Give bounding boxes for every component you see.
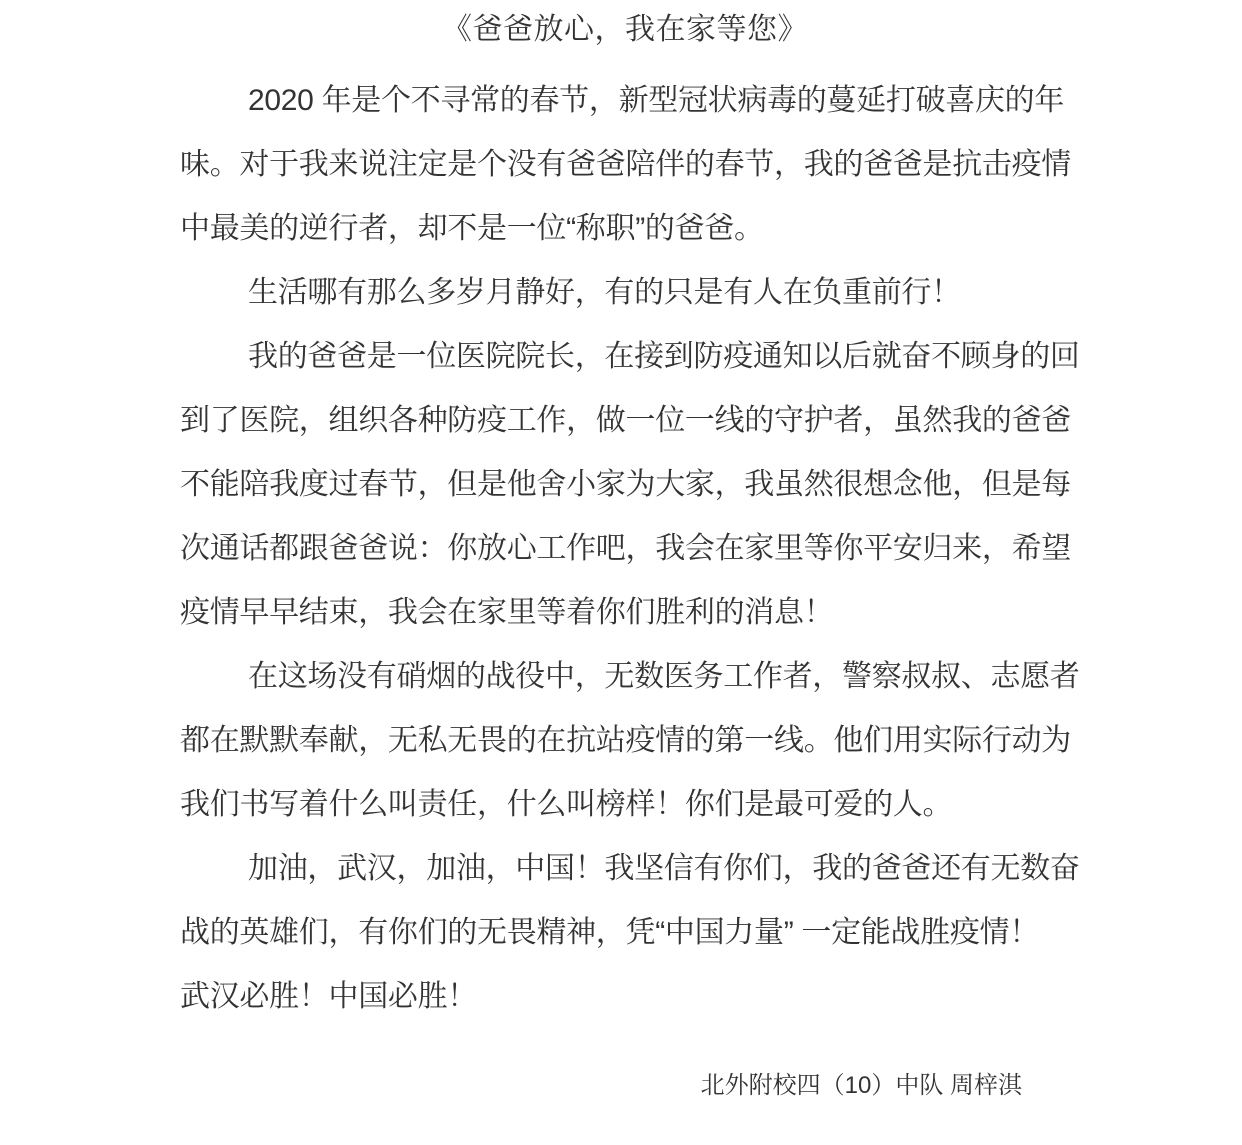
- body-line: 在这场没有硝烟的战役中，无数医务工作者，警察叔叔、志愿者: [180, 645, 1070, 709]
- body-line: 战的英雄们，有你们的无畏精神，凭“中国力量” 一定能战胜疫情！: [180, 901, 1070, 965]
- body-line: 味。对于我来说注定是个没有爸爸陪伴的春节，我的爸爸是抗击疫情: [180, 133, 1070, 197]
- body-line: 疫情早早结束，我会在家里等着你们胜利的消息！: [180, 581, 1070, 645]
- body-line: 到了医院，组织各种防疫工作，做一位一线的守护者，虽然我的爸爸: [180, 389, 1070, 453]
- body-line: 不能陪我度过春节，但是他舍小家为大家，我虽然很想念他，但是每: [180, 453, 1070, 517]
- body-line: 我的爸爸是一位医院院长，在接到防疫通知以后就奋不顾身的回: [180, 325, 1070, 389]
- body-line: 我们书写着什么叫责任，什么叫榜样！你们是最可爱的人。: [180, 773, 1070, 837]
- author-signature: 北外附校四（10）中队 周梓淇: [180, 1054, 1070, 1118]
- body-line: 2020 年是个不寻常的春节，新型冠状病毒的蔓延打破喜庆的年: [180, 69, 1070, 133]
- body-line: 都在默默奉献，无私无畏的在抗站疫情的第一线。他们用实际行动为: [180, 709, 1070, 773]
- body-line: 次通话都跟爸爸说：你放心工作吧，我会在家里等你平安归来，希望: [180, 517, 1070, 581]
- essay-page: 《爸爸放心，我在家等您》 2020 年是个不寻常的春节，新型冠状病毒的蔓延打破喜…: [0, 0, 1242, 1145]
- body-line: 中最美的逆行者，却不是一位“称职”的爸爸。: [180, 197, 1070, 261]
- body-line: 加油，武汉，加油，中国！我坚信有你们，我的爸爸还有无数奋: [180, 837, 1070, 901]
- body-line: 武汉必胜！中国必胜！: [180, 965, 1070, 1029]
- body-line: 生活哪有那么多岁月静好，有的只是有人在负重前行！: [180, 261, 1070, 325]
- essay-title: 《爸爸放心，我在家等您》: [180, 0, 1070, 69]
